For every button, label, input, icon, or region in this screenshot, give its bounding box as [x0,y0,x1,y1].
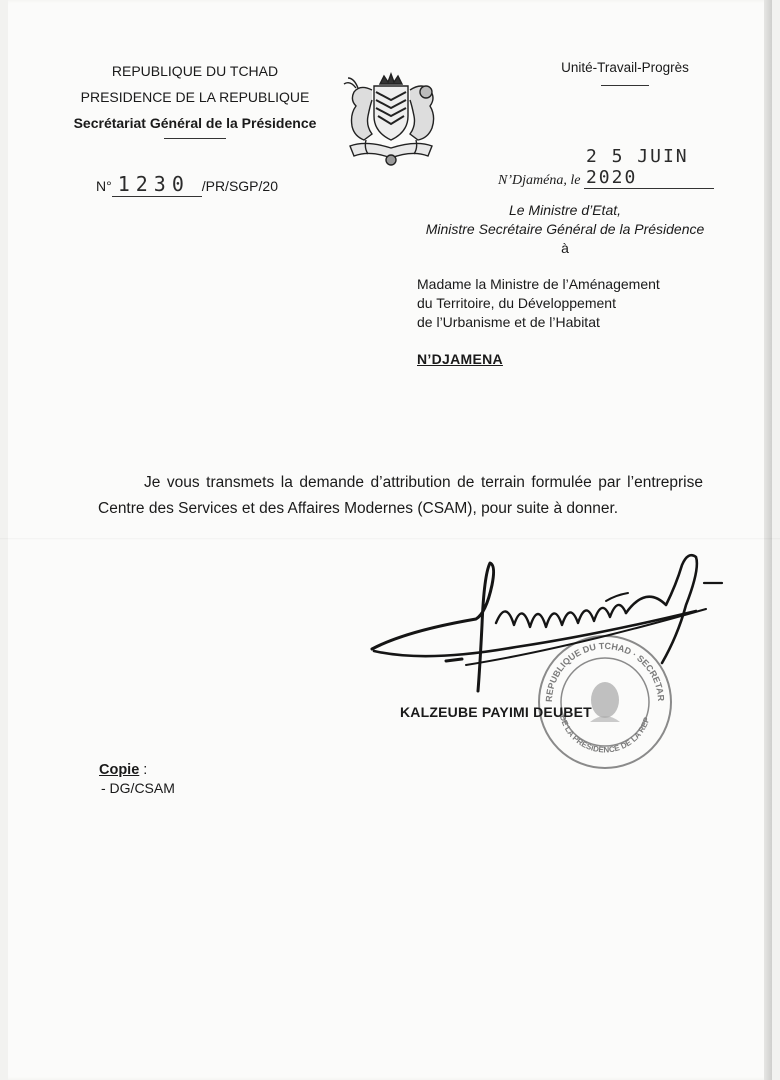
copy-label-text: Copie [99,762,139,778]
letter-body: Je vous transmets la demande d’attributi… [98,470,703,522]
date-prefix: N’Djaména, le [498,173,580,188]
copy-label-separator: : [139,762,147,778]
copy-recipient-item: - DG/CSAM [101,780,175,796]
recipient-line-2: du Territoire, du Développement [417,294,717,313]
national-motto-block: Unité-Travail-Progrès [555,60,695,86]
country-name: REPUBLIQUE DU TCHAD [60,58,330,84]
recipient-city: N’DJAMENA [417,351,503,367]
chad-coat-of-arms-icon [336,70,446,170]
sender-block: Le Ministre d’Etat, Ministre Secrétaire … [400,201,730,258]
reference-value: 1230 [112,172,202,197]
recipient-line-1: Madame la Ministre de l’Aménagement [417,275,717,294]
date-line: N’Djaména, le 2 5 JUIN 2020 [498,146,723,189]
sender-to-word: à [400,239,730,258]
recipient-line-3: de l’Urbanisme et de l’Habitat [417,313,717,332]
copy-label: Copie : [99,762,147,778]
reference-number: N°1230/PR/SGP/20 [96,172,278,197]
handwritten-signature-icon [366,545,736,705]
recipient-block: Madame la Ministre de l’Aménagement du T… [417,275,717,332]
paper-fold-line [0,538,780,540]
page-edge-shadow [764,0,772,1080]
presidency-name: PRESIDENCE DE LA REPUBLIQUE [60,84,330,110]
letterhead-left: REPUBLIQUE DU TCHAD PRESIDENCE DE LA REP… [60,58,330,139]
reference-suffix: /PR/SGP/20 [202,178,278,194]
motto-divider [601,85,649,86]
sender-role: Ministre Secrétaire Général de la Présid… [400,220,730,239]
date-value: 2 5 JUIN 2020 [584,146,714,189]
reference-prefix: N° [96,178,112,194]
national-motto: Unité-Travail-Progrès [555,60,695,75]
signer-name: KALZEUBE PAYIMI DEUBET [400,704,592,720]
sender-title: Le Ministre d’Etat, [400,201,730,220]
